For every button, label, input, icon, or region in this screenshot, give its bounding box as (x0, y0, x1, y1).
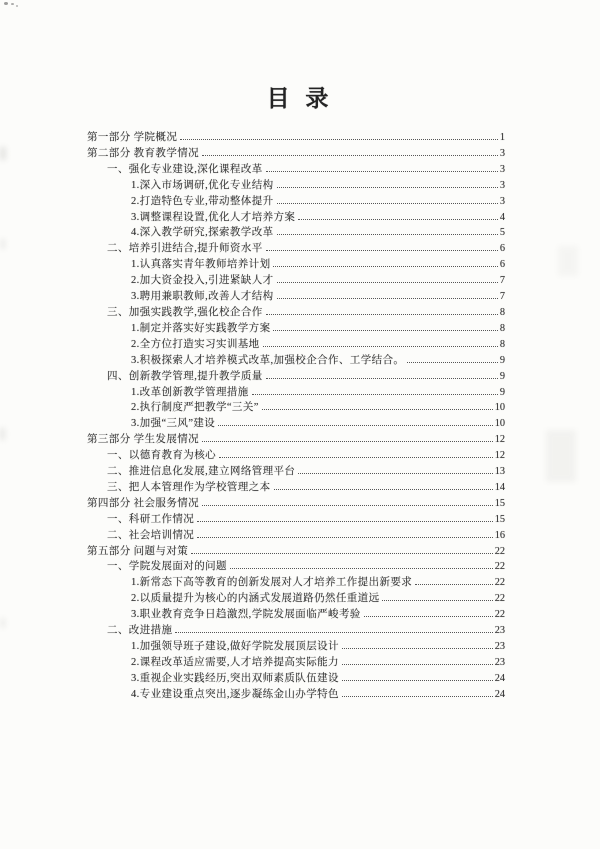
toc-dot-leader (266, 171, 498, 172)
toc-dot-leader (218, 425, 493, 426)
toc-entry: 一、学院发展面对的问题 22 (87, 559, 505, 575)
toc-page-number: 15 (495, 496, 505, 512)
toc-page-number: 10 (495, 400, 505, 416)
toc-entry: 4.专业建设重点突出,逐步凝练金山办学特色 24 (87, 687, 505, 703)
toc-entry: 四、创新教学管理,提升教学质量 9 (87, 369, 505, 385)
toc-dot-leader (180, 139, 498, 140)
toc-page-number: 9 (500, 385, 505, 401)
toc-dot-leader (277, 298, 498, 299)
toc-page-number: 4 (500, 210, 505, 226)
toc-dot-leader (274, 489, 493, 490)
toc-dot-leader (273, 330, 497, 331)
toc-entry-text: 1.深入市场调研,优化专业结构 (131, 178, 274, 194)
toc-entry: 2.全方位打造实习实训基地 8 (87, 337, 505, 353)
toc-page-number: 7 (500, 289, 505, 305)
toc-entry-text: 第二部分 教育教学情况 (87, 146, 199, 162)
toc-entry: 3.重视企业实践经历,突出双师素质队伍建设 24 (87, 671, 505, 687)
toc-dot-leader (298, 473, 492, 474)
toc-page-number: 5 (500, 225, 505, 241)
toc-entry: 第四部分 社会服务情况 15 (87, 496, 505, 512)
toc-page-number: 10 (495, 416, 505, 432)
toc-dot-leader (262, 409, 493, 410)
toc-page-number: 8 (500, 337, 505, 353)
toc-page-number: 23 (495, 623, 505, 639)
toc-page-number: 8 (500, 321, 505, 337)
toc-entry-text: 二、推进信息化发展,建立网络管理平台 (107, 464, 295, 480)
toc-entry-text: 四、创新教学管理,提升教学质量 (107, 369, 263, 385)
toc-entry: 一、以德育教育为核心 12 (87, 448, 505, 464)
toc-entry-text: 一、强化专业建设,深化课程改革 (107, 162, 263, 178)
toc-page-number: 9 (500, 369, 505, 385)
toc-entry-text: 3.重视企业实践经历,突出双师素质队伍建设 (131, 671, 339, 687)
scan-speck (11, 3, 14, 5)
toc-dot-leader (197, 521, 493, 522)
toc-entry: 二、社会培训情况 16 (87, 528, 505, 544)
toc-entry: 2.打造特色专业,带动整体提升 3 (87, 194, 505, 210)
toc-entry: 第二部分 教育教学情况 3 (87, 146, 505, 162)
toc-entry-text: 二、社会培训情况 (107, 528, 194, 544)
toc-dot-leader (342, 648, 493, 649)
toc-entry-text: 3.加强“三风”建设 (131, 416, 215, 432)
toc-entry: 1.制定并落实好实践教学方案 8 (87, 321, 505, 337)
toc-entry-text: 二、培养引进结合,提升师资水平 (107, 241, 263, 257)
toc-entry-text: 一、科研工作情况 (107, 512, 194, 528)
toc-page-number: 7 (500, 273, 505, 289)
toc-page-number: 14 (495, 480, 505, 496)
toc-page-number: 23 (495, 655, 505, 671)
toc-entry-text: 1.改革创新教学管理措施 (131, 385, 249, 401)
toc-page-number: 9 (500, 353, 505, 369)
toc-dot-leader (382, 600, 492, 601)
scan-smudge (1, 239, 5, 249)
toc-entry: 一、科研工作情况 15 (87, 512, 505, 528)
toc-dot-leader (202, 155, 498, 156)
scan-smudge (1, 618, 5, 628)
toc-entry-text: 第四部分 社会服务情况 (87, 496, 199, 512)
toc-entry-text: 3.积极探索人才培养模式改革,加强校企合作、工学结合。 (131, 353, 404, 369)
toc-entry-text: 一、学院发展面对的问题 (107, 559, 227, 575)
toc-page-number: 13 (495, 464, 505, 480)
toc-page-number: 22 (495, 559, 505, 575)
toc-dot-leader (230, 568, 493, 569)
toc-entry-text: 第三部分 学生发展情况 (87, 432, 199, 448)
toc-entry-text: 3.聘用兼职教师,改善人才结构 (131, 289, 274, 305)
toc-entry-text: 1.新常态下高等教育的创新发展对人才培养工作提出新要求 (131, 575, 412, 591)
toc-page-number: 6 (500, 257, 505, 273)
toc-entry: 3.加强“三风”建设 10 (87, 416, 505, 432)
toc-entry-text: 一、以德育教育为核心 (107, 448, 216, 464)
toc-dot-leader (342, 664, 493, 665)
toc-entry: 二、改进措施 23 (87, 623, 505, 639)
toc-dot-leader (277, 203, 498, 204)
toc-entry: 第五部分 问题与对策 22 (87, 544, 505, 560)
toc-entry-text: 2.以质量提升为核心的内涵式发展道路仍然任重道远 (131, 591, 379, 607)
toc-entry: 1.新常态下高等教育的创新发展对人才培养工作提出新要求 22 (87, 575, 505, 591)
toc-dot-leader (342, 680, 493, 681)
toc-entry-text: 1.认真落实青年教师培养计划 (131, 257, 270, 273)
toc-page-number: 22 (495, 544, 505, 560)
toc-entry: 一、强化专业建设,深化课程改革 3 (87, 162, 505, 178)
toc-entry-text: 2.全方位打造实习实训基地 (131, 337, 260, 353)
toc-entry: 第三部分 学生发展情况 12 (87, 432, 505, 448)
page-title: 目 录 (0, 80, 600, 113)
toc-dot-leader (277, 282, 498, 283)
toc-page-number: 12 (495, 448, 505, 464)
toc-page-number: 3 (500, 178, 505, 194)
toc-entry-text: 2.加大资金投入,引进紧缺人才 (131, 273, 274, 289)
toc-dot-leader (342, 696, 493, 697)
toc-dot-leader (364, 616, 493, 617)
toc-entry: 2.加大资金投入,引进紧缺人才 7 (87, 273, 505, 289)
toc-entry: 1.改革创新教学管理措施 9 (87, 385, 505, 401)
toc-entry: 3.职业教育竞争日趋激烈,学院发展面临严峻考验 22 (87, 607, 505, 623)
toc-entry: 二、培养引进结合,提升师资水平 6 (87, 241, 505, 257)
toc-entry-text: 2.执行制度严把教学“三关” (131, 400, 259, 416)
toc-dot-leader (266, 250, 498, 251)
toc-dot-leader (191, 553, 493, 554)
toc-page-number: 23 (495, 639, 505, 655)
toc-entry: 1.认真落实青年教师培养计划 6 (87, 257, 505, 273)
toc-entry-text: 第五部分 问题与对策 (87, 544, 188, 560)
toc-dot-leader (202, 505, 493, 506)
toc-entry-text: 二、改进措施 (107, 623, 172, 639)
scanned-toc-page: 目 录 第一部分 学院概况 1 第二部分 教育教学情况 3 一、强化专业建设,深… (0, 0, 600, 849)
toc-entry: 三、加强实践教学,强化校企合作 8 (87, 305, 505, 321)
toc-entry: 4.深入教学研究,探索教学改革 5 (87, 225, 505, 241)
toc-entry-text: 第一部分 学院概况 (87, 130, 177, 146)
toc-dot-leader (298, 219, 498, 220)
toc-entry: 3.积极探索人才培养模式改革,加强校企合作、工学结合。 9 (87, 353, 505, 369)
toc-page-number: 12 (495, 432, 505, 448)
toc-page-number: 6 (500, 241, 505, 257)
toc-dot-leader (252, 394, 498, 395)
toc-dot-leader (266, 378, 498, 379)
toc-entry-text: 1.加强领导班子建设,做好学院发展顶层设计 (131, 639, 339, 655)
toc-dot-leader (197, 537, 493, 538)
toc-page-number: 1 (500, 130, 505, 146)
toc-dot-leader (266, 314, 498, 315)
toc-entry: 3.聘用兼职教师,改善人才结构 7 (87, 289, 505, 305)
toc-dot-leader (175, 632, 492, 633)
toc-entry: 2.执行制度严把教学“三关” 10 (87, 400, 505, 416)
toc-dot-leader (277, 187, 498, 188)
toc-entry: 1.深入市场调研,优化专业结构 3 (87, 178, 505, 194)
toc-page-number: 3 (500, 194, 505, 210)
toc-entry-text: 2.打造特色专业,带动整体提升 (131, 194, 274, 210)
toc-dot-leader (277, 234, 498, 235)
scan-speck (16, 5, 18, 7)
toc-entry: 2.课程改革适应需要,人才培养提高实际能力 23 (87, 655, 505, 671)
toc-page-number: 16 (495, 528, 505, 544)
toc-page-number: 22 (495, 575, 505, 591)
toc-dot-leader (263, 346, 498, 347)
toc-entry-text: 3.职业教育竞争日趋激烈,学院发展面临严峻考验 (131, 607, 361, 623)
toc-entry: 1.加强领导班子建设,做好学院发展顶层设计 23 (87, 639, 505, 655)
toc-entry: 二、推进信息化发展,建立网络管理平台 13 (87, 464, 505, 480)
scan-smudge (0, 147, 6, 160)
toc-entry-text: 3.调整课程设置,优化人才培养方案 (131, 210, 295, 226)
toc-dot-leader (407, 362, 498, 363)
toc-entry-text: 4.专业建设重点突出,逐步凝练金山办学特色 (131, 687, 339, 703)
toc-dot-leader (415, 584, 493, 585)
toc-page-number: 22 (495, 591, 505, 607)
scan-smudge (546, 430, 576, 482)
toc-entry-text: 1.制定并落实好实践教学方案 (131, 321, 270, 337)
toc-entry: 三、把人本管理作为学校管理之本 14 (87, 480, 505, 496)
toc-dot-leader (202, 441, 493, 442)
toc-page-number: 3 (500, 162, 505, 178)
toc-dot-leader (273, 266, 497, 267)
toc-dot-leader (219, 457, 493, 458)
toc-entry-text: 三、加强实践教学,强化校企合作 (107, 305, 263, 321)
toc-page-number: 24 (495, 671, 505, 687)
toc-page-number: 15 (495, 512, 505, 528)
toc-entry: 第一部分 学院概况 1 (87, 130, 505, 146)
scan-speck (4, 2, 8, 5)
toc-list: 第一部分 学院概况 1 第二部分 教育教学情况 3 一、强化专业建设,深化课程改… (87, 130, 505, 703)
toc-page-number: 8 (500, 305, 505, 321)
toc-page-number: 24 (495, 687, 505, 703)
toc-page-number: 3 (500, 146, 505, 162)
toc-entry-text: 2.课程改革适应需要,人才培养提高实际能力 (131, 655, 339, 671)
toc-entry-text: 4.深入教学研究,探索教学改革 (131, 225, 274, 241)
toc-entry: 2.以质量提升为核心的内涵式发展道路仍然任重道远 22 (87, 591, 505, 607)
toc-entry-text: 三、把人本管理作为学校管理之本 (107, 480, 271, 496)
scan-smudge (558, 246, 578, 276)
toc-entry: 3.调整课程设置,优化人才培养方案 4 (87, 210, 505, 226)
scan-smudge (0, 428, 5, 440)
toc-page-number: 22 (495, 607, 505, 623)
